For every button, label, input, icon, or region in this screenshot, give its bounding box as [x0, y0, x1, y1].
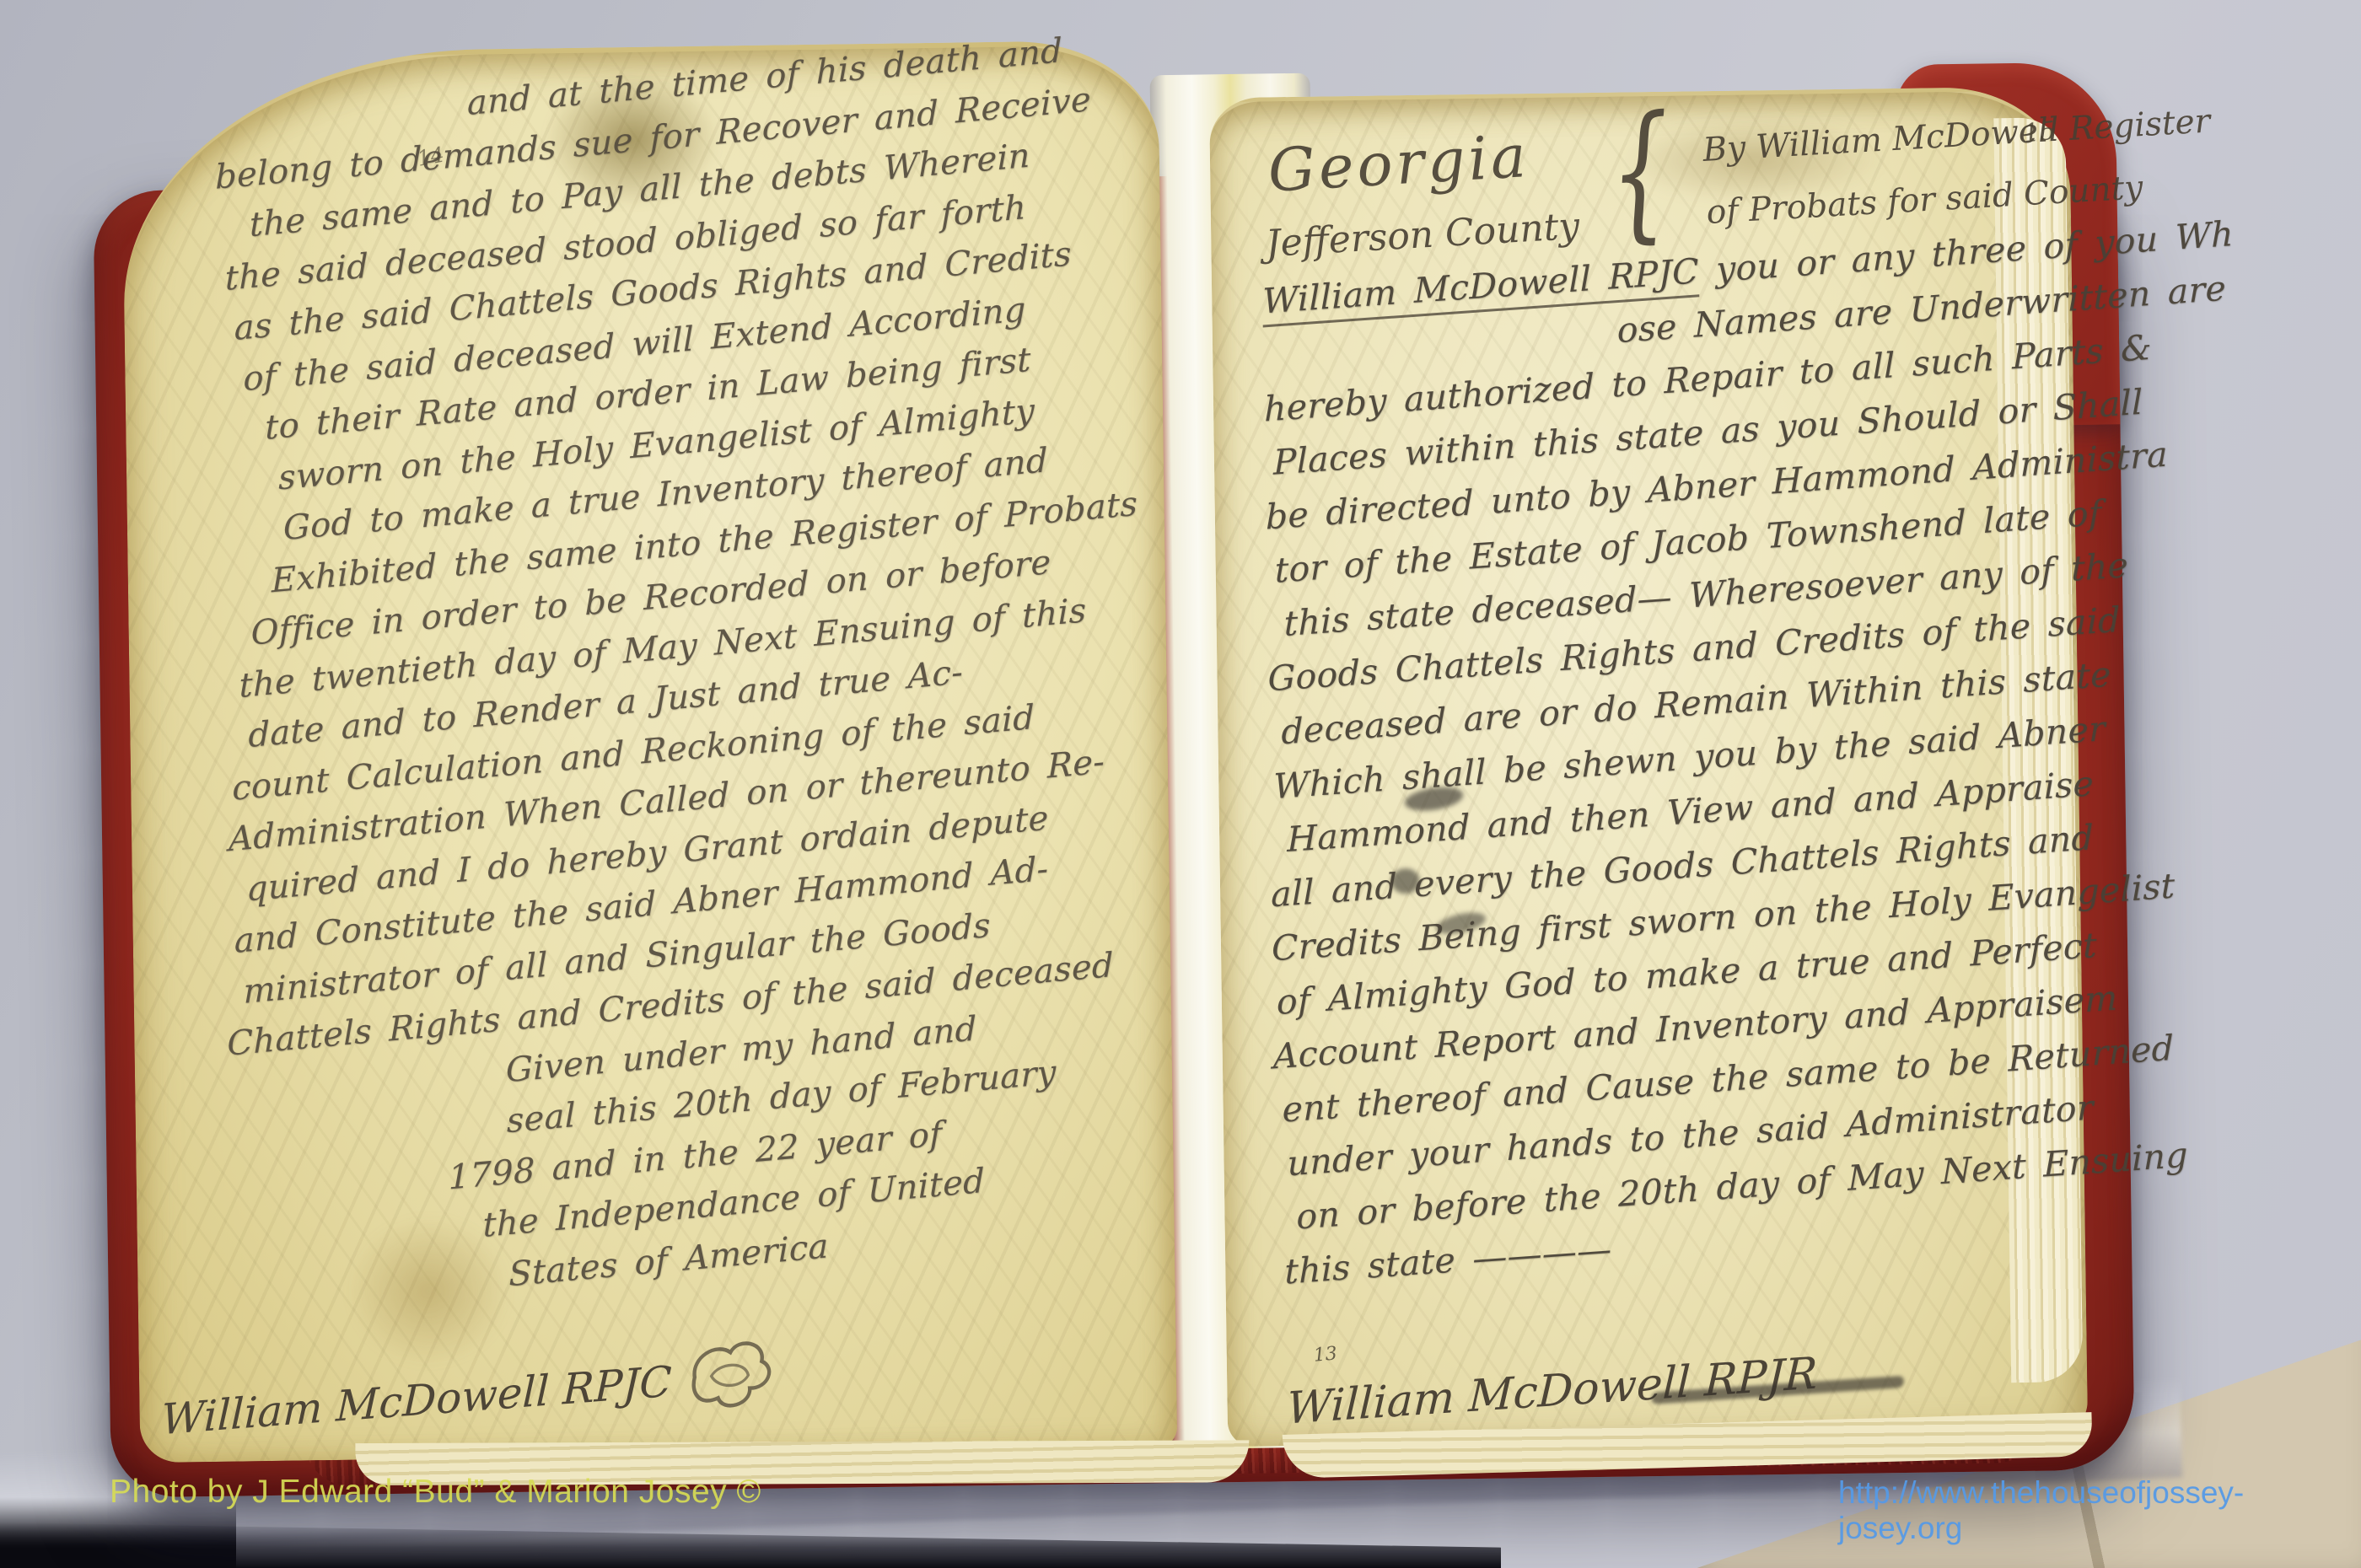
photo-credit-watermark: Photo by J Edward “Bud” & Marion Josey © — [110, 1474, 761, 1511]
website-watermark: http://www.thehouseofjossey-josey.org — [1838, 1475, 2361, 1546]
right-page-number: 15 — [2022, 115, 2057, 148]
signature-text: William McDowell RPJC — [161, 1356, 673, 1444]
header-state-county: Georgia Jefferson County — [1267, 119, 1581, 266]
right-page-manuscript: William McDowell RPJC you or any three o… — [1262, 230, 2052, 1309]
record-book: 14 and at the time of his death and belo… — [91, 36, 2135, 1497]
left-page-manuscript: and at the time of his death and belong … — [214, 28, 1149, 1334]
ink-seal-icon — [682, 1326, 777, 1428]
photograph-scene: 14 and at the time of his death and belo… — [0, 0, 2361, 1568]
header-brace-glyph: { — [1606, 108, 1675, 237]
margin-note: 13 — [1313, 1343, 1338, 1366]
